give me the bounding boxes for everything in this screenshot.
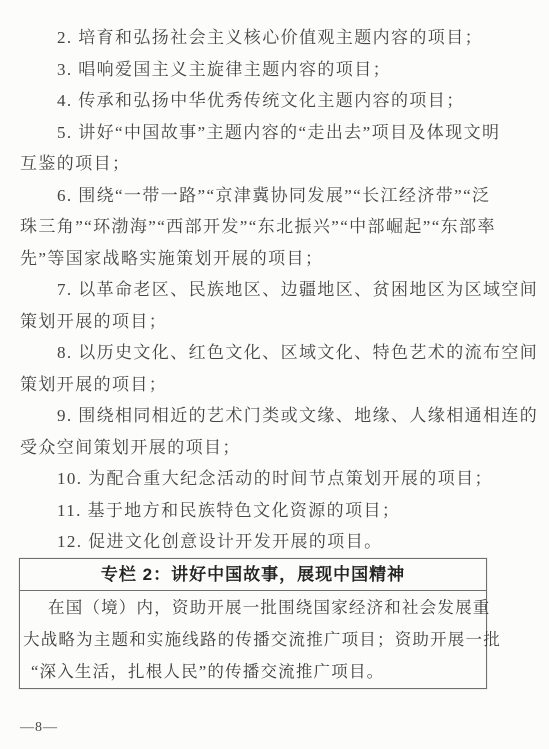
list-line-item-11: 11. 基于地方和民族特色文化资源的项目；	[20, 495, 518, 527]
callout-box-zhuanlan-2: 专栏 2：讲好中国故事，展现中国精神 在国（境）内，资助开展一批围绕国家经济和社…	[19, 558, 487, 689]
list-line-item-12: 12. 促进文化创意设计开发开展的项目。	[20, 526, 518, 558]
callout-body-line: “深入生活，扎根人民”的传播交流推广项目。	[23, 656, 480, 688]
list-line-item-5: 5. 讲好“中国故事”主题内容的“走出去”项目及体现文明	[20, 117, 518, 149]
list-line-item-4: 4. 传承和弘扬中华优秀传统文化主题内容的项目；	[20, 85, 518, 117]
numbered-list: 2. 培育和弘扬社会主义核心价值观主题内容的项目； 3. 唱响爱国主义主旋律主题…	[20, 22, 518, 558]
list-line-item-3: 3. 唱响爱国主义主旋律主题内容的项目；	[20, 54, 518, 86]
callout-body-line: 在国（境）内，资助开展一批围绕国家经济和社会发展重	[23, 592, 480, 624]
callout-body-line: 大战略为主题和实施线路的传播交流推广项目；资助开展一批	[23, 624, 480, 656]
list-line-item-9-cont: 受众空间策划开展的项目；	[20, 432, 518, 464]
list-line-item-9: 9. 围绕相同相近的艺术门类或文缘、地缘、人缘相通相连的	[20, 400, 518, 432]
list-line-item-5-cont: 互鉴的项目；	[20, 148, 518, 180]
list-line-item-2: 2. 培育和弘扬社会主义核心价值观主题内容的项目；	[20, 22, 518, 54]
callout-box-body: 在国（境）内，资助开展一批围绕国家经济和社会发展重 大战略为主题和实施线路的传播…	[20, 591, 486, 688]
list-line-item-7: 7. 以革命老区、民族地区、边疆地区、贫困地区为区域空间	[20, 274, 518, 306]
list-line-item-6-cont2: 先”等国家战略实施策划开展的项目；	[20, 243, 518, 275]
document-page: 2. 培育和弘扬社会主义核心价值观主题内容的项目； 3. 唱响爱国主义主旋律主题…	[0, 0, 549, 749]
page-number: —8—	[20, 720, 58, 736]
list-line-item-6: 6. 围绕“一带一路”“京津冀协同发展”“长江经济带”“泛	[20, 180, 518, 212]
scan-artifact: ’	[501, 346, 504, 356]
list-line-item-10: 10. 为配合重大纪念活动的时间节点策划开展的项目；	[20, 463, 518, 495]
list-line-item-8-cont: 策划开展的项目；	[20, 369, 518, 401]
callout-box-title: 专栏 2：讲好中国故事，展现中国精神	[20, 559, 486, 591]
list-line-item-7-cont: 策划开展的项目；	[20, 306, 518, 338]
list-line-item-8: 8. 以历史文化、红色文化、区域文化、特色艺术的流布空间	[20, 337, 518, 369]
list-line-item-6-cont1: 珠三角”“环渤海”“西部开发”“东北振兴”“中部崛起”“东部率	[20, 211, 518, 243]
